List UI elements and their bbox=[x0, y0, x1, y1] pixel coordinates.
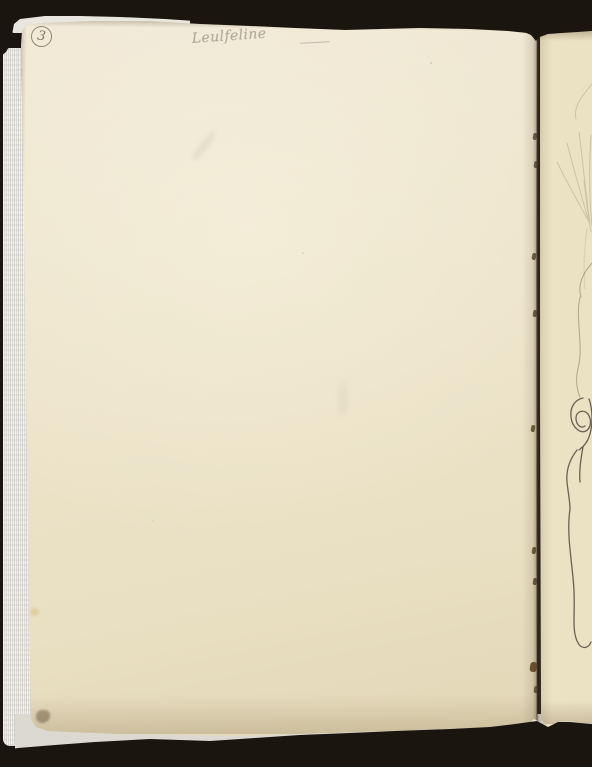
pencil-smudge bbox=[338, 382, 348, 416]
folio-number: 3 bbox=[36, 28, 46, 44]
page-bottom-edge-shadow bbox=[22, 694, 538, 734]
paper-speck bbox=[430, 62, 432, 64]
folio-number-stamp: 3 bbox=[30, 25, 54, 49]
foxing-spot bbox=[30, 608, 39, 616]
pencil-smudge bbox=[190, 129, 218, 162]
left-page: 3 Leulfeline bbox=[0, 0, 592, 767]
paper-speck bbox=[152, 520, 154, 522]
sketchbook-photo: 3 Leulfeline bbox=[0, 0, 592, 767]
paper-speck bbox=[302, 252, 304, 254]
